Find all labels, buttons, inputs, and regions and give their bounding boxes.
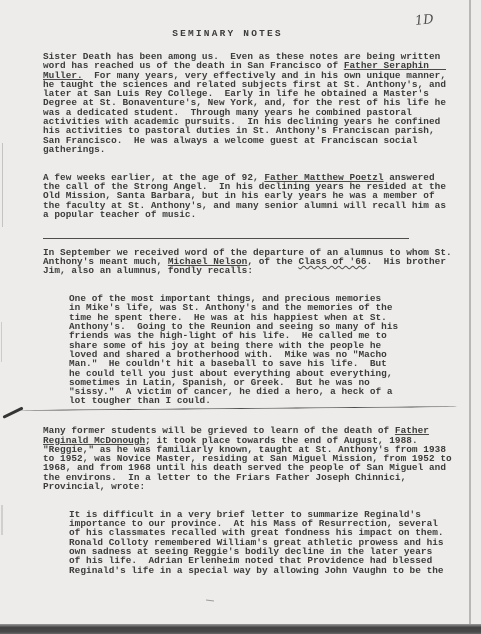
hand-drawn-divider — [43, 238, 409, 239]
smudge-mark — [206, 599, 214, 601]
text-line: lot tougher than I could. — [69, 396, 453, 405]
text-line: gatherings. — [43, 145, 453, 154]
scan-artifact-left-1 — [2, 143, 3, 227]
text-line: Provincial, wrote: — [43, 482, 453, 491]
block-quote: It is difficult in a very brief letter t… — [69, 510, 453, 575]
scan-bottom-band — [0, 624, 481, 634]
scanned-document-page: 1D SEMINARY NOTES Sister Death has been … — [0, 0, 481, 634]
scan-edge-line-right — [469, 0, 471, 624]
paragraph: A few weeks earlier, at the age of 92, F… — [43, 173, 453, 219]
text-line: Jim, also an alumnus, fondly recalls: — [43, 266, 453, 275]
document-body: Sister Death has been among us. Even as … — [43, 52, 453, 575]
page-title: SEMINARY NOTES — [0, 28, 455, 39]
paragraph: Sister Death has been among us. Even as … — [43, 52, 453, 154]
pen-slash-mark — [2, 406, 23, 418]
hand-drawn-divider — [20, 406, 457, 411]
text-line: Reginald's life in a special way by allo… — [69, 566, 453, 575]
handwritten-page-number: 1D — [414, 12, 434, 29]
text-line: a popular teacher of music. — [43, 210, 453, 219]
paragraph: Many former students will be grieved to … — [43, 426, 453, 491]
scan-artifact-left-2 — [1, 322, 3, 362]
block-quote: One of the most important things, and pr… — [69, 294, 453, 406]
scan-artifact-left-3 — [1, 505, 3, 535]
paragraph: In September we received word of the dep… — [43, 248, 453, 276]
